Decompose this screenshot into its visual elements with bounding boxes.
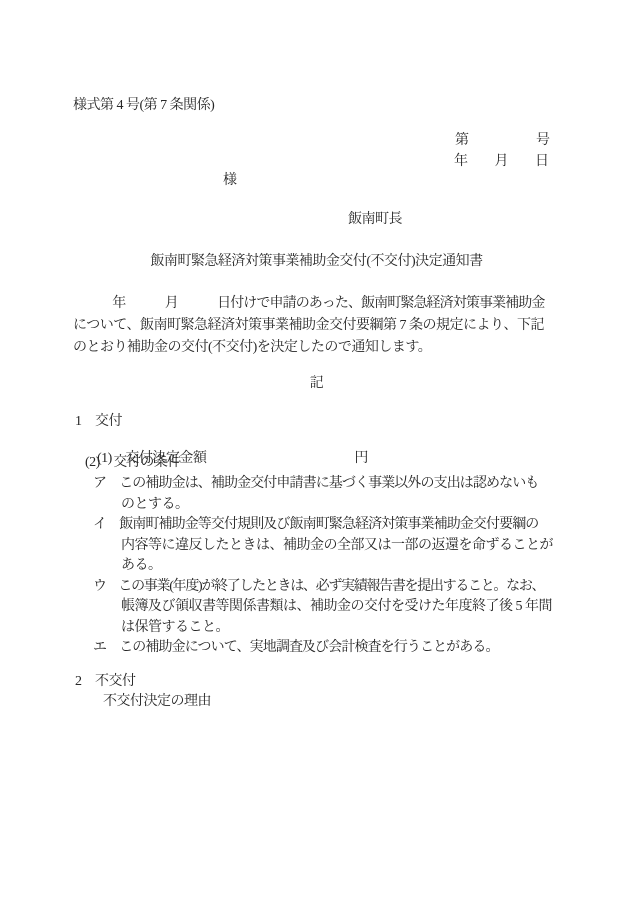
condition-line: エ この補助金について、実地調査及び会計検査を行うことがある。 — [93, 639, 499, 656]
document-number-line: 第 号 — [455, 132, 550, 149]
condition-line: 内容等に違反したときは、補助金の全部又は一部の返還を命ずることが — [121, 537, 553, 554]
document-title: 飯南町緊急経済対策事業補助金交付(不交付)決定通知書 — [73, 253, 560, 270]
condition-line: 帳簿及び領収書等関係書類は、補助金の交付を受けた年度終了後 5 年間 — [121, 598, 552, 615]
refusal-reason-label: 不交付決定の理由 — [103, 693, 211, 710]
paragraph-line: 年 月 日付けで申請のあった、飯南町緊急経済対策事業補助金 — [73, 295, 544, 312]
conditions-heading: (2) 交付の条件 — [85, 454, 181, 471]
form-number: 様式第 4 号(第 7 条関係) — [73, 97, 214, 114]
condition-line: イ 飯南町補助金等交付規則及び飯南町緊急経済対策事業補助金交付要綱の — [93, 516, 538, 533]
addressee-honorific: 様 — [223, 172, 237, 189]
grant-amount-unit: 円 — [354, 451, 368, 466]
condition-line: のとする。 — [121, 496, 189, 513]
condition-line: ある。 — [121, 557, 162, 574]
document-page: 様式第 4 号(第 7 条関係) 第 号 年 月 日 様 飯南町長 飯南町緊急経… — [0, 0, 630, 903]
paragraph-line: について、飯南町緊急経済対策事業補助金交付要綱第 7 条の規定により、下記 — [73, 317, 544, 334]
condition-line: ア この補助金は、補助金交付申請書に基づく事業以外の支出は認めないも — [93, 475, 538, 492]
condition-line: は保管すること。 — [121, 619, 229, 636]
ki-marker: 記 — [73, 375, 560, 392]
section1-heading: 1 交付 — [75, 413, 122, 430]
section2-heading: 2 不交付 — [75, 673, 136, 690]
condition-line: ウ この事業(年度)が終了したときは、必ず実績報告書を提出すること。なお、 — [93, 578, 544, 595]
paragraph-line: のとおり補助金の交付(不交付)を決定したので通知します。 — [73, 339, 431, 356]
amount-blank-field — [206, 461, 354, 462]
sender-title: 飯南町長 — [348, 211, 402, 228]
date-line: 年 月 日 — [454, 153, 549, 170]
